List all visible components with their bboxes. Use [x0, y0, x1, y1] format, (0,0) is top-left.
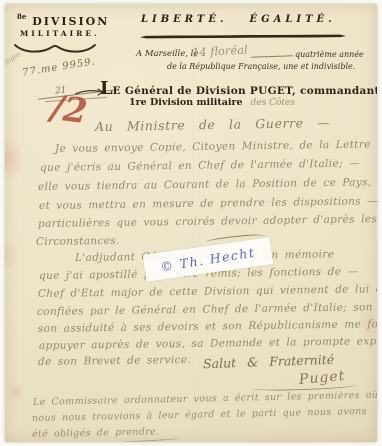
body-line: Chef d'Etat major de cette Division qui …: [38, 283, 377, 300]
red-chalk-mark: /2: [49, 88, 90, 132]
drop-capital: L: [100, 78, 113, 99]
date-dash: [251, 55, 293, 58]
motto-liberte: LIBERTÉ.: [141, 14, 227, 25]
postscript-line: nous nous trouvions à leur égard et le p…: [32, 406, 367, 424]
division-line-text: 1re Division militaire: [129, 97, 243, 108]
underbrace-ornament: [13, 42, 97, 55]
commander-text: E Général de Division PUGET, commandant …: [113, 85, 377, 97]
place-prefix: A Marseille, le: [136, 49, 198, 59]
body-line: confiées par le Général en Chef de l'arm…: [37, 301, 377, 318]
postscript-line: Le Commissaire ordonnateur vous a écrit …: [33, 389, 377, 408]
body-line: son assiduité à ses devoirs et son Répub…: [38, 318, 377, 335]
motto-egalite: ÉGALITÉ.: [249, 14, 335, 25]
body-line: appuyer auprès de vous, sa Demande et la…: [39, 335, 377, 352]
registry-number: 77.me 9959.: [22, 56, 97, 78]
letter-paper: 8e DIVISION MILITAIRE. LIBERTÉ. ÉGALITÉ.…: [5, 4, 377, 442]
body-line: que j'écris au Général en Chef de l'armé…: [40, 158, 360, 174]
body-line: de son Brevet de service.: [38, 354, 191, 368]
body-line: et vous mettra en mesure de prendre les …: [39, 195, 377, 212]
body-line: elle vous tiendra au Courant de la Posit…: [38, 176, 377, 193]
division-ordinal: e: [22, 12, 26, 21]
motto: LIBERTÉ. ÉGALITÉ.: [141, 14, 336, 25]
commander-line: LE Général de Division PUGET, commandant…: [100, 78, 377, 99]
division-subheading: MILITAIRE.: [20, 29, 100, 38]
division-heading: 8e DIVISION: [17, 12, 109, 28]
handwritten-date: 14 floréal: [192, 43, 248, 60]
body-line: particulières que vous croirés devoir ad…: [38, 213, 377, 230]
paper-stain: [5, 240, 19, 270]
division-line: 1re Division militairedes Côtes: [129, 97, 295, 108]
closing-salutation: Salut & Fraternité: [203, 352, 335, 372]
body-line: Circonstances.: [36, 235, 120, 248]
divider-rule: [140, 34, 346, 38]
margin-faint-note: augte.: [5, 49, 23, 67]
division-line-handwritten: des Côtes: [251, 98, 295, 108]
year-text: quatrième année: [295, 50, 364, 59]
body-line: Je vous envoye Copie, Citoyen Ministre, …: [55, 138, 377, 155]
salutation: Au Ministre de la Guerre —: [95, 115, 331, 134]
division-word: DIVISION: [32, 15, 109, 28]
republic-line: de la République Française, une et indiv…: [167, 62, 355, 71]
paper-stain: [7, 382, 25, 402]
paper-stain: [5, 136, 25, 180]
document-photo: 8e DIVISION MILITAIRE. LIBERTÉ. ÉGALITÉ.…: [0, 0, 382, 446]
